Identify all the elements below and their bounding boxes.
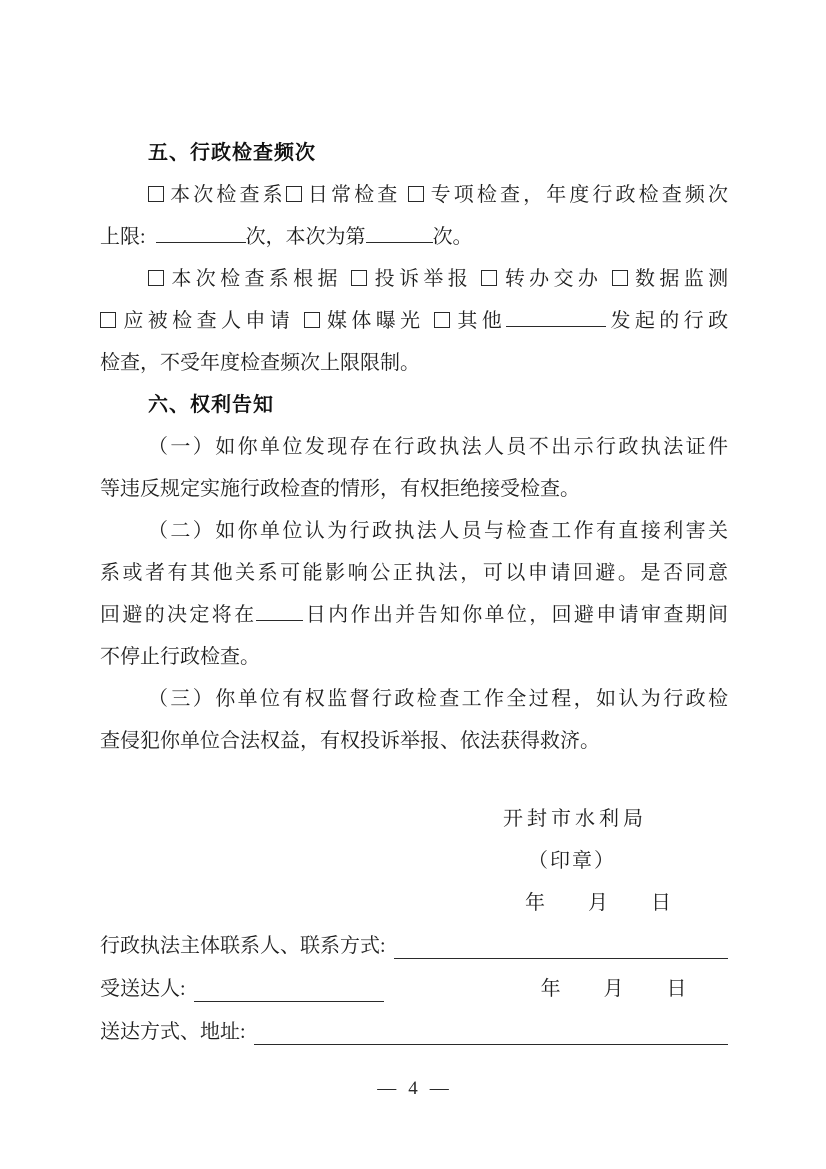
section5-heading: 五、行政检查频次 — [100, 132, 728, 174]
section5-line3-text3: 转办交办 — [500, 268, 602, 290]
section5-line2-text2: 次，本次为第 — [246, 226, 366, 248]
blank-contact-info[interactable] — [394, 933, 728, 959]
seal-placeholder: （印章） — [528, 850, 616, 872]
para2-line2-text: 系或者有其他关系可能影响公正执法，可以申请回避。是否同意 — [100, 562, 728, 584]
para2-line1-text: （二）如你单位认为行政执法人员与检查工作有直接利害关 — [148, 520, 728, 542]
section6-para3-line1: （三）你单位有权监督行政检查工作全过程，如认为行政检 — [100, 678, 728, 720]
section6-para2-line2: 系或者有其他关系可能影响公正执法，可以申请回避。是否同意 — [100, 552, 728, 594]
section5-line2-text1: 上限: — [100, 226, 146, 248]
checkbox-other[interactable] — [434, 312, 450, 328]
signature-seal: （印章） — [528, 840, 728, 882]
checkbox-complaint-report[interactable] — [351, 270, 367, 286]
para1-line2-text: 等违反规定实施行政检查的情形，有权拒绝接受检查。 — [100, 478, 580, 500]
blank-delivery-method[interactable] — [254, 1019, 728, 1045]
section6-heading-text: 六、权利告知 — [148, 394, 274, 416]
checkbox-daily-inspection[interactable] — [286, 186, 302, 202]
section5-line1-text2: 日常检查 — [305, 184, 401, 206]
delivery-method-label: 送达方式、地址: — [100, 1011, 246, 1053]
section5-line4-text2: 媒体曝光 — [323, 310, 425, 332]
document-body: 五、行政检查频次 本次检查系日常检查 专项检查，年度行政检查频次 上限:次，本次… — [100, 132, 728, 1053]
page-footer: —4— — [0, 1078, 826, 1100]
section5-line1-text1: 本次检查系 — [167, 184, 286, 206]
section5-line2-text3: 次。 — [433, 226, 473, 248]
blank-recusal-days[interactable] — [256, 602, 303, 621]
section6-para3-line2: 查侵犯你单位合法权益，有权投诉举报、依法获得救济。 — [100, 720, 728, 762]
recipient-date-text: 年 月 日 — [541, 968, 688, 1010]
checkbox-inspected-person-request[interactable] — [100, 312, 116, 328]
section6-para2-line4: 不停止行政检查。 — [100, 636, 728, 678]
section5-line1-text3: 专项检查，年度行政检查频次 — [427, 184, 728, 206]
para3-line2-text: 查侵犯你单位合法权益，有权投诉举报、依法获得救济。 — [100, 730, 600, 752]
section5-line3: 本次检查系根据 投诉举报 转办交办 数据监测 — [100, 258, 728, 300]
section6-para1-line1: （一）如你单位发现存在行政执法人员不出示行政执法证件 — [100, 426, 728, 468]
footer-right-dash: — — [430, 1078, 449, 1099]
section5-line2: 上限:次，本次为第次。 — [100, 216, 728, 258]
contact-row: 行政执法主体联系人、联系方式: — [100, 924, 728, 967]
section5-line4-text1: 应被检查人申请 — [119, 310, 294, 332]
footer-left-dash: — — [377, 1078, 396, 1099]
checkbox-based-on[interactable] — [148, 270, 164, 286]
recipient-label: 受送达人: — [100, 968, 186, 1010]
section5-line3-text4: 数据监测 — [631, 268, 728, 290]
checkbox-special-inspection[interactable] — [408, 186, 424, 202]
checkbox-media-exposure[interactable] — [304, 312, 320, 328]
section6-para2-line3: 回避的决定将在日内作出并告知你单位，回避申请审查期间 — [100, 594, 728, 636]
checkbox-transfer-assignment[interactable] — [481, 270, 497, 286]
para3-line1-text: （三）你单位有权监督行政检查工作全过程，如认为行政检 — [148, 688, 728, 710]
blank-current-times[interactable] — [366, 224, 433, 243]
signature-date-text: 年 月 日 — [525, 892, 672, 914]
signature-authority: 开封市水利局 — [503, 798, 728, 840]
blank-other-source[interactable] — [506, 308, 606, 327]
blank-annual-limit-times[interactable] — [156, 224, 246, 243]
para2-line3-text-a: 回避的决定将在 — [100, 604, 256, 626]
document-page: 五、行政检查频次 本次检查系日常检查 专项检查，年度行政检查频次 上限:次，本次… — [0, 0, 826, 1169]
section6-heading: 六、权利告知 — [100, 384, 728, 426]
section5-line3-text2: 投诉举报 — [370, 268, 472, 290]
section5-line5: 检查，不受年度检查频次上限限制。 — [100, 342, 728, 384]
para2-line3-text-b: 日内作出并告知你单位，回避申请审查期间 — [303, 604, 728, 626]
section5-line3-text1: 本次检查系根据 — [167, 268, 342, 290]
para2-line4-text: 不停止行政检查。 — [100, 646, 260, 668]
section5-line1: 本次检查系日常检查 专项检查，年度行政检查频次 — [100, 174, 728, 216]
section5-heading-text: 五、行政检查频次 — [148, 142, 316, 164]
checkbox-data-monitoring[interactable] — [612, 270, 628, 286]
authority-name: 开封市水利局 — [503, 808, 647, 830]
recipient-row: 受送达人: 年 月 日 — [100, 967, 728, 1010]
section6-para2-line1: （二）如你单位认为行政执法人员与检查工作有直接利害关 — [100, 510, 728, 552]
checkbox-this-inspection[interactable] — [148, 186, 164, 202]
page-number: 4 — [408, 1078, 418, 1099]
section5-line4-text3: 其他 — [453, 310, 506, 332]
section5-line4-text4: 发起的行政 — [606, 310, 728, 332]
signature-date: 年 月 日 — [525, 882, 728, 924]
section6-para1-line2: 等违反规定实施行政检查的情形，有权拒绝接受检查。 — [100, 468, 728, 510]
section5-line5-text: 检查，不受年度检查频次上限限制。 — [100, 352, 420, 374]
section5-line4: 应被检查人申请 媒体曝光 其他发起的行政 — [100, 300, 728, 342]
blank-recipient[interactable] — [194, 976, 384, 1002]
delivery-method-row: 送达方式、地址: — [100, 1010, 728, 1053]
para1-line1-text: （一）如你单位发现存在行政执法人员不出示行政执法证件 — [148, 436, 728, 458]
contact-label: 行政执法主体联系人、联系方式: — [100, 925, 386, 967]
